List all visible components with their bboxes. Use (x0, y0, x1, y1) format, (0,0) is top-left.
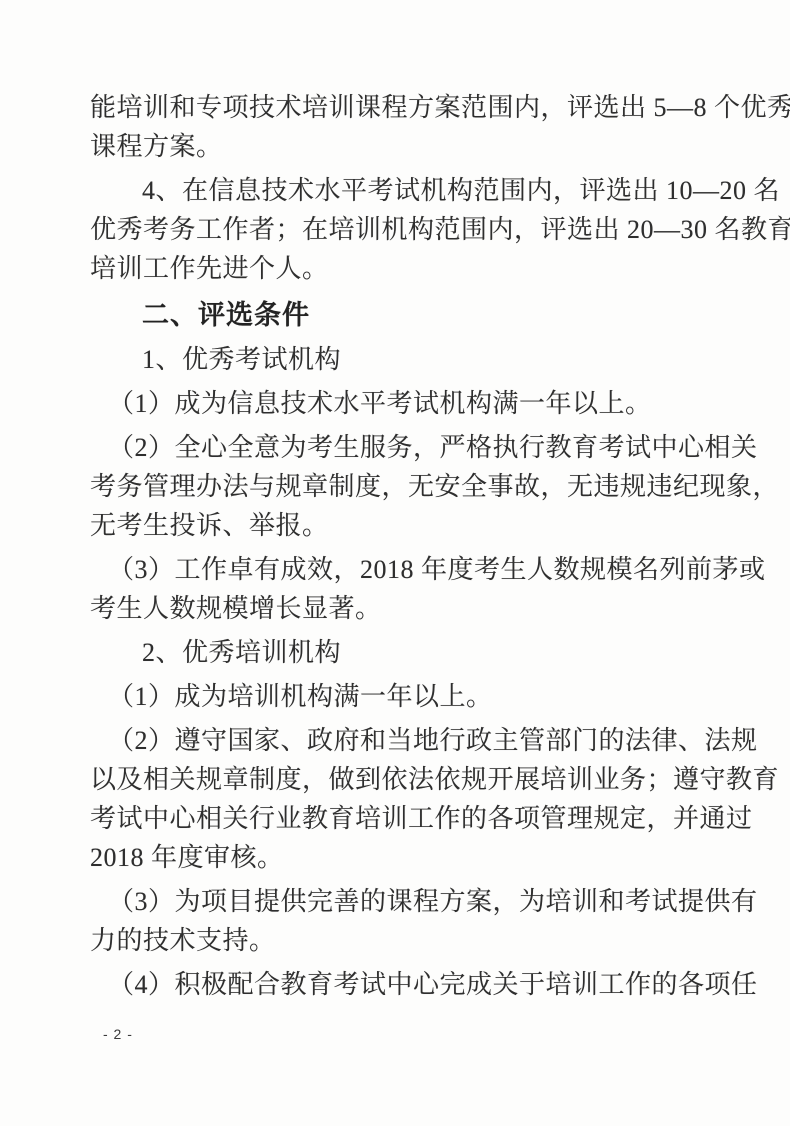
subsection-heading-2: 2、优秀培训机构 (90, 633, 710, 672)
paragraph-continuation: 能培训和专项技术培训课程方案范围内，评选出 5—8 个优秀 课程方案。 (90, 88, 710, 166)
item-2-1: （1）成为培训机构满一年以上。 (90, 677, 710, 716)
item-2-2: （2）遵守国家、政府和当地行政主管部门的法律、法规 以及相关规章制度，做到依法依… (90, 721, 710, 877)
section-heading: 二、评选条件 (90, 296, 710, 335)
page-number: - 2 - (103, 1026, 133, 1042)
paragraph-item-4: 4、在信息技术水平考试机构范围内，评选出 10—20 名 优秀考务工作者；在培训… (90, 171, 710, 288)
text-line: 考生人数规模增长显著。 (90, 589, 710, 628)
text-line: 以及相关规章制度，做到依法依规开展培训业务；遵守教育 (90, 760, 710, 799)
item-1-1: （1）成为信息技术水平考试机构满一年以上。 (90, 384, 710, 423)
subsection-heading-1: 1、优秀考试机构 (90, 340, 710, 379)
section-heading-text: 二、评选条件 (90, 296, 710, 335)
item-1-2: （2）全心全意为考生服务，严格执行教育考试中心相关 考务管理办法与规章制度，无安… (90, 428, 710, 545)
text-line: 考试中心相关行业教育培训工作的各项管理规定，并通过 (90, 799, 710, 838)
text-line: （1）成为信息技术水平考试机构满一年以上。 (90, 384, 710, 423)
document-body: 能培训和专项技术培训课程方案范围内，评选出 5—8 个优秀 课程方案。 4、在信… (90, 88, 710, 1004)
item-1-3: （3）工作卓有成效，2018 年度考生人数规模名列前茅或 考生人数规模增长显著。 (90, 550, 710, 628)
text-line: 课程方案。 (90, 127, 710, 166)
text-line: （1）成为培训机构满一年以上。 (90, 677, 710, 716)
text-line: （4）积极配合教育考试中心完成关于培训工作的各项任 (90, 965, 710, 1004)
scanned-document-page: 能培训和专项技术培训课程方案范围内，评选出 5—8 个优秀 课程方案。 4、在信… (0, 0, 790, 1126)
text-line: 无考生投诉、举报。 (90, 506, 710, 545)
text-line: 1、优秀考试机构 (90, 340, 710, 379)
text-line: 2018 年度审核。 (90, 838, 710, 877)
text-line: （2）遵守国家、政府和当地行政主管部门的法律、法规 (90, 721, 710, 760)
item-2-3: （3）为项目提供完善的课程方案，为培训和考试提供有 力的技术支持。 (90, 882, 710, 960)
text-line: 考务管理办法与规章制度，无安全事故，无违规违纪现象， (90, 467, 710, 506)
text-line: 培训工作先进个人。 (90, 249, 710, 288)
text-line: （3）为项目提供完善的课程方案，为培训和考试提供有 (90, 882, 710, 921)
text-line: 优秀考务工作者；在培训机构范围内，评选出 20—30 名教育 (90, 210, 710, 249)
item-2-4: （4）积极配合教育考试中心完成关于培训工作的各项任 (90, 965, 710, 1004)
text-line: （3）工作卓有成效，2018 年度考生人数规模名列前茅或 (90, 550, 710, 589)
text-line: 4、在信息技术水平考试机构范围内，评选出 10—20 名 (90, 171, 710, 210)
text-line: 力的技术支持。 (90, 921, 710, 960)
text-line: （2）全心全意为考生服务，严格执行教育考试中心相关 (90, 428, 710, 467)
text-line: 2、优秀培训机构 (90, 633, 710, 672)
text-line: 能培训和专项技术培训课程方案范围内，评选出 5—8 个优秀 (90, 88, 710, 127)
